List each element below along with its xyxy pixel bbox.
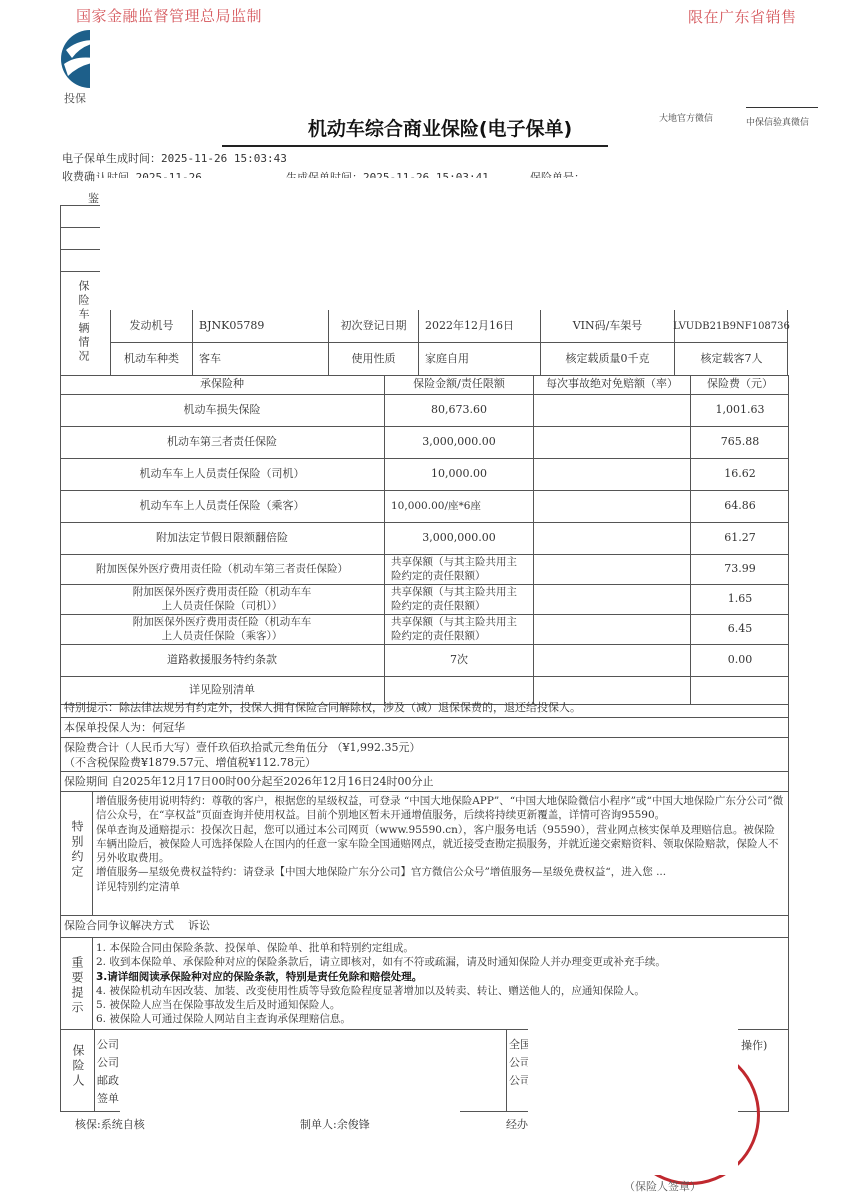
seat-capacity: 核定载客7人	[675, 343, 788, 375]
coverage-premium: 16.62	[691, 459, 789, 491]
coverage-amount: 共享保额（与其主险共用主险约定的责任限额）	[385, 585, 534, 615]
handler-info: 经办	[506, 1116, 528, 1132]
regulator-label: 国家金融监督管理总局监制	[76, 5, 262, 26]
coverage-name: 附加医保外医疗费用责任险（机动车第三者责任保险）	[60, 555, 385, 585]
coverage-deductible	[534, 523, 691, 555]
coverage-deductible	[534, 491, 691, 523]
sales-region-label: 限在广东省销售	[688, 6, 797, 27]
coverage-premium: 1.65	[691, 585, 789, 615]
coverage-deductible	[534, 615, 691, 645]
policy-number: 保险单号：PDE1254401330000000005433	[530, 171, 745, 178]
fee-confirm-time: 认时间 2025-11-26	[96, 171, 216, 178]
coverage-amount: 7次	[385, 645, 534, 677]
preparer-info: 制单人:余俊锋	[300, 1116, 370, 1132]
coverage-name: 机动车第三者责任保险	[60, 427, 385, 459]
coverage-deductible	[534, 459, 691, 491]
logo-label: 投保	[64, 90, 86, 106]
vehicle-section-label: 保险车辆情况	[75, 280, 91, 364]
coverage-amount: 共享保额（与其主险共用主险约定的责任限额）	[385, 615, 534, 645]
coverage-premium: 6.45	[691, 615, 789, 645]
premium-total: 保险费合计（人民币大写）壹仟玖佰玖拾贰元叁角伍分 （¥1,992.35元） （不…	[60, 738, 789, 772]
important-notes-label: 重要提示	[69, 956, 84, 1016]
company-logo-icon	[60, 28, 90, 90]
engine-no-label: 发动机号	[111, 310, 193, 343]
underwriting-info: 核保:系统自核	[75, 1116, 145, 1132]
qr-label-official: 大地官方微信	[659, 111, 713, 124]
coverage-premium: 0.00	[691, 645, 789, 677]
coverage-deductible	[534, 395, 691, 427]
qr-divider	[746, 107, 818, 108]
coverage-deductible	[534, 585, 691, 615]
coverage-deductible	[534, 427, 691, 459]
important-notes: 重要提示 1. 本保险合同由保险条款、投保单、保险单、批单和特别约定组成。 2.…	[60, 938, 789, 1030]
usage-label: 使用性质	[329, 343, 419, 375]
coverage-premium: 765.88	[691, 427, 789, 459]
first-reg-date: 2022年12月16日	[419, 310, 541, 343]
coverage-header-cell: 每次事故绝对免赔额（率）	[534, 375, 691, 395]
special-hint: 特别提示：除法律法规另有约定外，投保人拥有保险合同解除权，涉及（减）退保保费的，…	[60, 698, 789, 718]
coverage-name: 附加医保外医疗费用责任险（机动车车上人员责任保险（乘客））	[60, 615, 385, 645]
redaction-mask	[90, 28, 650, 108]
coverage-deductible	[534, 555, 691, 585]
vin-value: LVUDB21B9NF108736	[675, 310, 788, 343]
coverage-premium: 64.86	[691, 491, 789, 523]
dispute-resolution: 保险合同争议解决方式 诉讼	[60, 916, 789, 938]
coverage-amount: 80,673.60	[385, 395, 534, 427]
coverage-name: 机动车车上人员责任保险（司机）	[60, 459, 385, 491]
usage-value: 家庭自用	[419, 343, 541, 375]
page-title: 机动车综合商业保险(电子保单)	[222, 114, 608, 147]
policy-generated-time: 生成保单时间：2025-11-26 15:03:41	[286, 171, 516, 178]
engine-no: BJNK05789	[193, 310, 329, 343]
coverage-name: 附加法定节假日限额翻倍险	[60, 523, 385, 555]
special-terms-text: 增值服务使用说明特约：尊敬的客户，根据您的星级权益，可登录 “中国大地保险APP…	[96, 794, 784, 894]
first-reg-label: 初次登记日期	[329, 310, 419, 343]
coverage-premium: 1,001.63	[691, 395, 789, 427]
redaction-mask	[528, 1025, 738, 1175]
coverage-premium: 73.99	[691, 555, 789, 585]
insurance-period: 保险期间 自2025年12月17日00时00分起至2026年12月16日24时0…	[60, 772, 789, 792]
redaction-mask	[100, 178, 800, 308]
insurer-label: 保险人	[70, 1044, 87, 1089]
coverage-header-cell: 承保险种	[60, 375, 385, 395]
coverage-amount: 3,000,000.00	[385, 523, 534, 555]
coverage-header-cell: 保险费（元）	[691, 375, 789, 395]
coverage-premium: 61.27	[691, 523, 789, 555]
redaction-mask	[120, 1030, 460, 1112]
vin-label: VIN码/车架号	[541, 310, 675, 343]
coverage-amount: 3,000,000.00	[385, 427, 534, 459]
policyholder: 本保单投保人为：何冠华	[60, 718, 789, 738]
partial-label: 鉴	[88, 190, 99, 206]
coverage-name: 机动车车上人员责任保险（乘客）	[60, 491, 385, 523]
qr-label-verify: 中保信验真微信	[746, 115, 809, 128]
load-mass: 核定载质量0千克	[541, 343, 675, 375]
special-terms-label: 特别约定	[69, 820, 84, 880]
fee-confirm-label-visible: 收费确	[62, 168, 95, 184]
coverage-name: 机动车损失保险	[60, 395, 385, 427]
coverage-amount: 10,000.00/座*6座	[385, 491, 534, 523]
coverage-name: 道路救援服务特约条款	[60, 645, 385, 677]
coverage-header-cell: 保险金额/责任限额	[385, 375, 534, 395]
coverage-amount: 共享保额（与其主险共用主险约定的责任限额）	[385, 555, 534, 585]
vehicle-type: 客车	[193, 343, 329, 375]
coverage-deductible	[534, 645, 691, 677]
generated-time: 电子保单生成时间：2025-11-26 15:03:43	[62, 150, 287, 166]
vehicle-type-label: 机动车种类	[111, 343, 193, 375]
special-terms: 特别约定 增值服务使用说明特约：尊敬的客户，根据您的星级权益，可登录 “中国大地…	[60, 792, 789, 916]
seal-caption: （保险人签章）	[624, 1178, 701, 1194]
coverage-amount: 10,000.00	[385, 459, 534, 491]
coverage-name: 附加医保外医疗费用责任险（机动车车上人员责任保险（司机））	[60, 585, 385, 615]
vehicle-table: 发动机号 BJNK05789 初次登记日期 2022年12月16日 VIN码/车…	[110, 310, 788, 375]
